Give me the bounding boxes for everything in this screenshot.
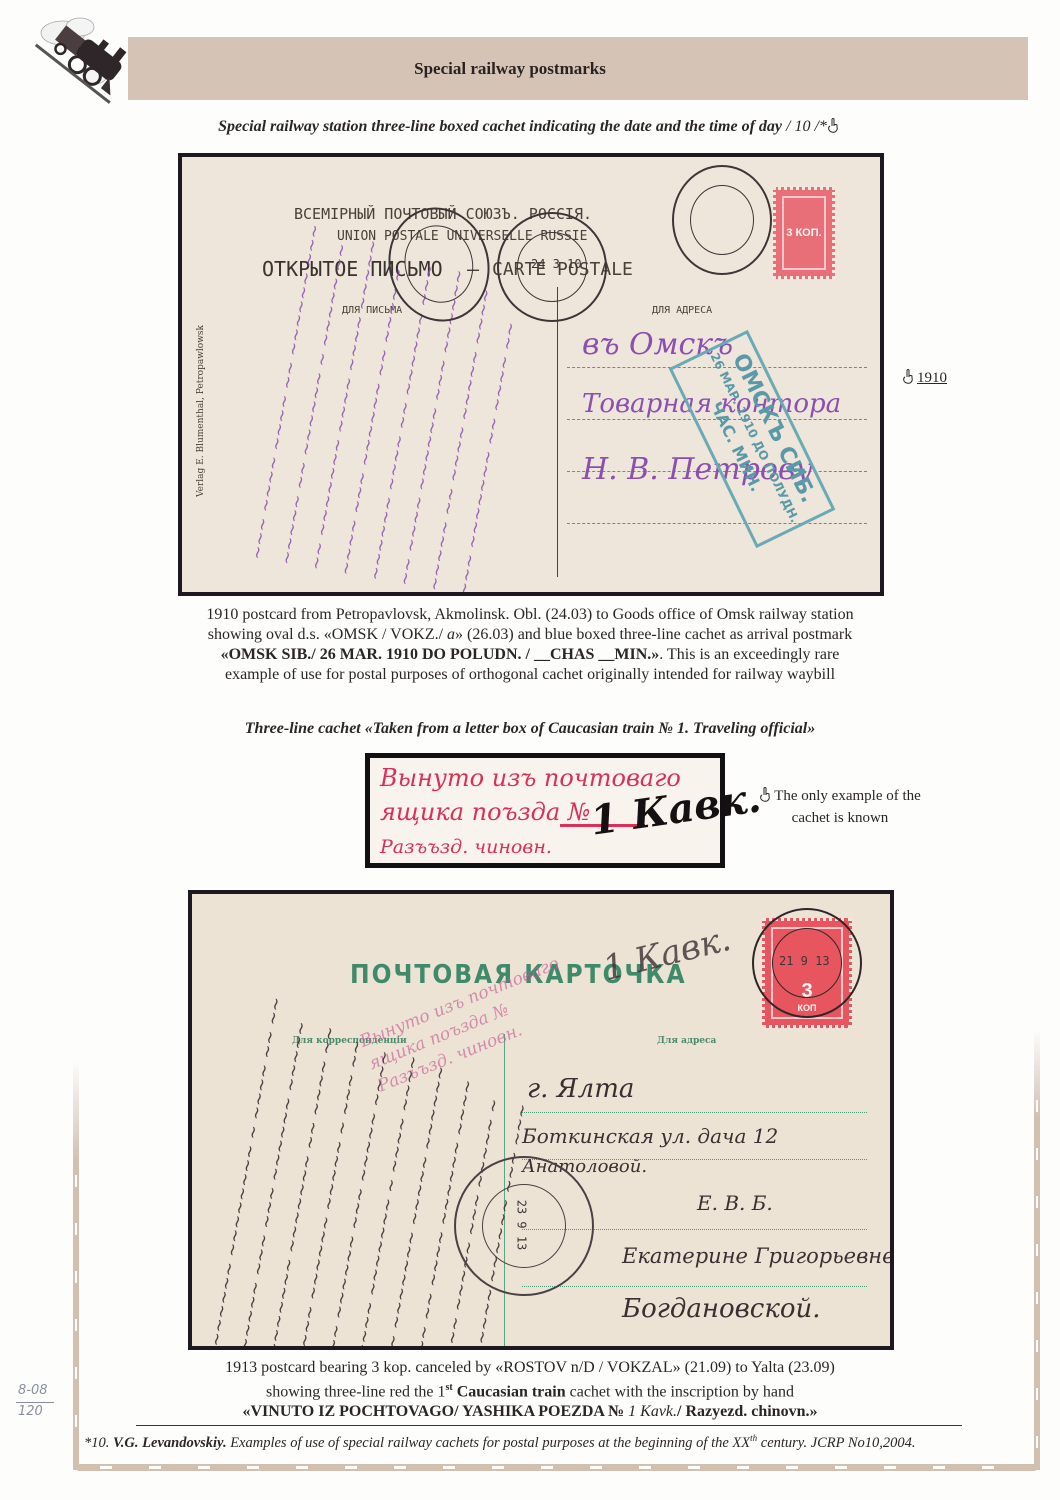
pointing-hand-icon <box>827 118 839 133</box>
printed-right-label: Для адреса <box>657 1036 716 1046</box>
caption-postcard-1910: 1910 postcard from Petropavlovsk, Akmoli… <box>0 605 1060 685</box>
cachet-line-3: Разъъзд. чиновн. <box>380 836 552 858</box>
page-title: Special railway postmarks <box>128 37 892 100</box>
section-title-text: Special railway station three-line boxed… <box>218 118 782 135</box>
section-reference: / 10 /* <box>782 118 827 135</box>
section-title-2: Three-line cachet «Taken from a letter b… <box>0 720 1060 738</box>
address-line <box>567 523 867 524</box>
side-note-unique: The only example of the cachet is known <box>740 785 940 829</box>
steam-locomotive-icon <box>25 15 145 110</box>
margin-note-bottom: 120 <box>18 1404 43 1419</box>
address-line-5: Екатерине Григорьевне <box>622 1244 890 1268</box>
petropavlovsk-cancel: 24 3 10 <box>497 212 607 322</box>
side-note-year: 1910 <box>902 369 947 387</box>
pointing-hand-icon <box>759 787 771 802</box>
footnote: *10. V.G. Levandovskiy. Examples of use … <box>84 1433 1024 1452</box>
margin-note-top: 8-08 <box>18 1383 48 1398</box>
card-divider-line <box>557 287 558 577</box>
margin-note-rule <box>16 1402 54 1403</box>
postcard-1910: ВСЕМІРНЫЙ ПОЧТОВЫЙ СОЮЗЪ. РОССІЯ. UNION … <box>178 153 884 596</box>
footnote-rule <box>136 1425 962 1426</box>
postcard-1913-surface: ПОЧТОВАЯ КАРТОЧКА Для корреспонденціи Дл… <box>192 894 890 1346</box>
printed-right-label: ДЛЯ АДРЕСА <box>652 305 712 316</box>
red-cachet-enlargement: Вынуто изъ почтоваго ящика поъзда № Разъ… <box>365 753 725 868</box>
caption-postcard-1913: 1913 postcard bearing 3 kop. canceled by… <box>0 1358 1060 1422</box>
section-title-1: Special railway station three-line boxed… <box>0 118 1060 136</box>
yalta-cancel: 23 9 13 <box>454 1156 594 1296</box>
address-line-6: Богдановской. <box>622 1294 821 1324</box>
petropavlovsk-cancel-on-stamp <box>672 165 772 275</box>
address-line-2: Боткинская ул. дача 12 <box>522 1124 778 1148</box>
publisher-imprint: Verlag E. Blumenthal, Petropawlowsk <box>196 325 206 497</box>
omsk-blue-boxed-cachet: ОМСКЪ СИБ. 26 МАР. 1910 ДО ПОЛУДН. ЧАС. … <box>669 330 836 548</box>
address-line-4: Е. В. Б. <box>697 1191 773 1215</box>
postcard-1913: ПОЧТОВАЯ КАРТОЧКА Для корреспонденціи Дл… <box>188 890 894 1350</box>
rostov-vokzal-cancel: 21 9 13 <box>752 908 862 1018</box>
cachet-line-1: Вынуто изъ почтоваго <box>380 764 681 792</box>
address-line-1: г. Ялта <box>527 1074 634 1104</box>
address-line <box>522 1112 867 1113</box>
cachet-line-2: ящика поъзда № <box>380 798 591 826</box>
postage-stamp-3-kop: 3 КОП. <box>773 187 835 279</box>
postcard-1910-surface: ВСЕМІРНЫЙ ПОЧТОВЫЙ СОЮЗЪ. РОССІЯ. UNION … <box>182 157 880 592</box>
pointing-hand-icon <box>902 369 914 384</box>
address-line <box>522 1286 867 1287</box>
frame-rail-left <box>73 1060 79 1470</box>
